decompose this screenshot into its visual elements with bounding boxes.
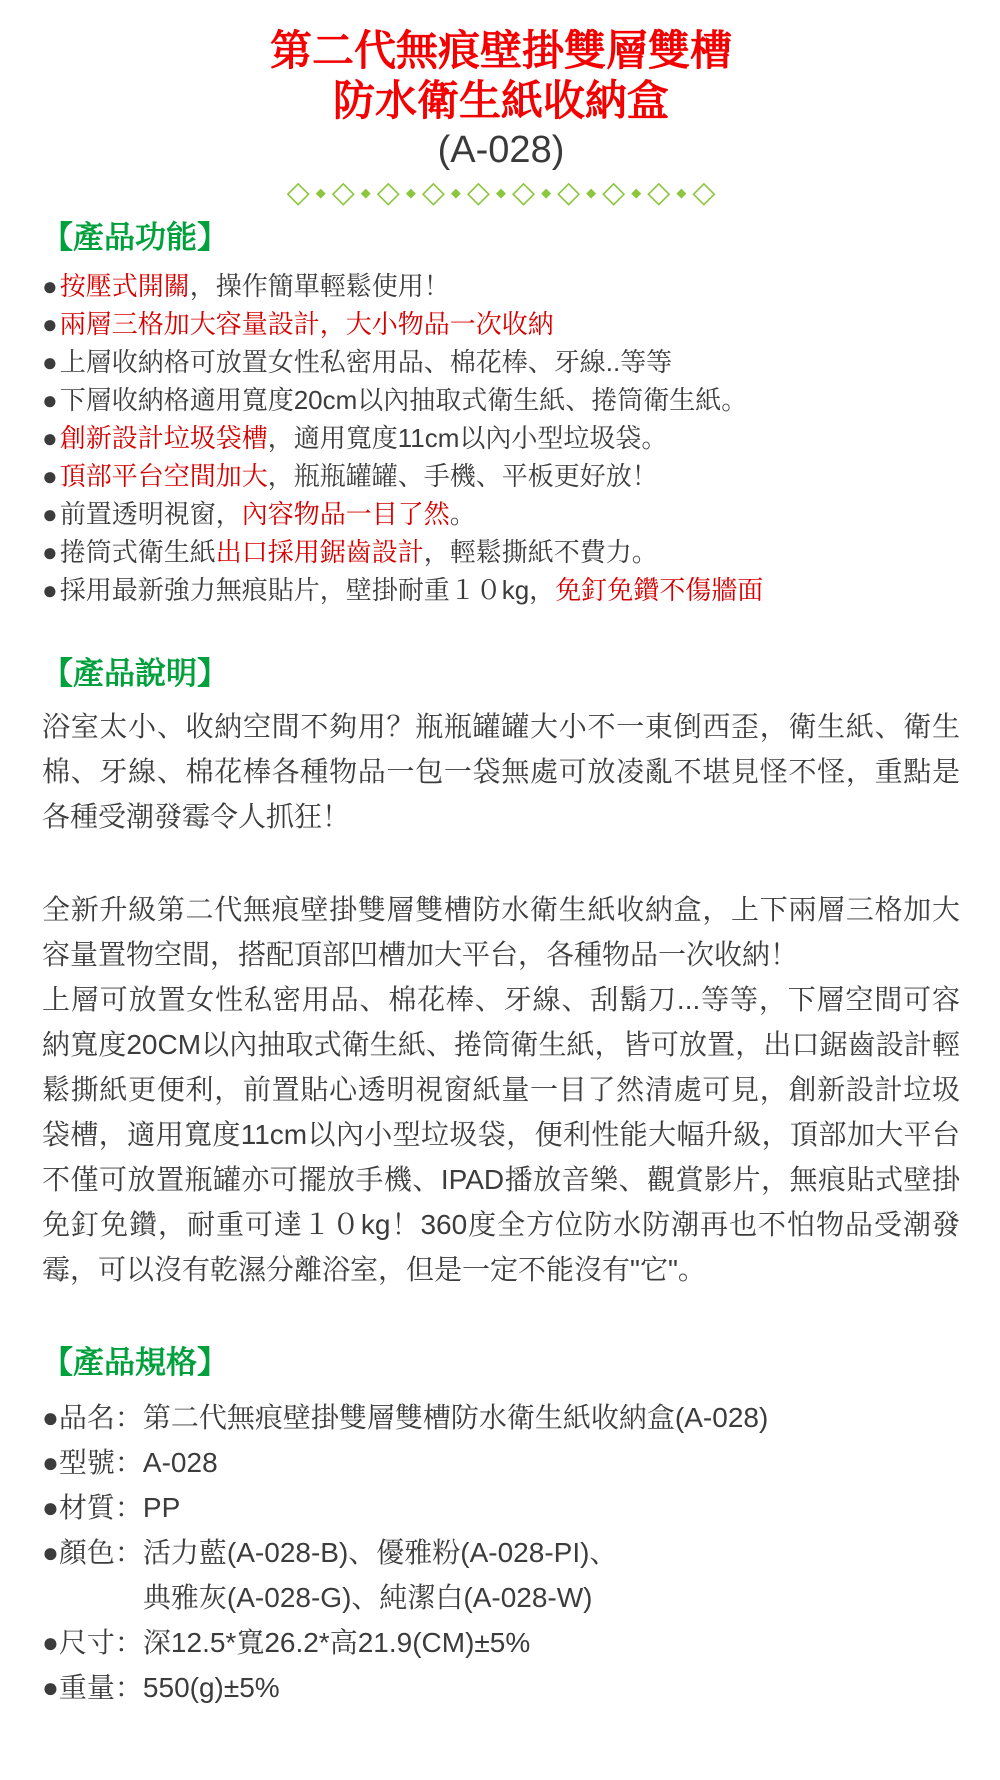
diamond-filled-icon: ◆ — [676, 185, 686, 200]
spec-value: A-028 — [143, 1440, 960, 1485]
product-description-page: 第二代無痕壁掛雙層雙槽 防水衛生紙收納盒 (A-028) ◇◆◇◆◇◆◇◆◇◆◇… — [0, 0, 1000, 1740]
diamond-divider: ◇◆◇◆◇◆◇◆◇◆◇◆◇◆◇◆◇◆◇ — [42, 176, 960, 210]
diamond-filled-icon: ◆ — [631, 185, 641, 200]
spec-value-line: 深12.5*寬26.2*高21.9(CM)±5% — [143, 1620, 960, 1665]
diamond-filled-icon: ◆ — [541, 185, 551, 200]
bullet-icon: ● — [42, 575, 58, 605]
diamond-outline-icon: ◇ — [557, 176, 580, 209]
paragraph-text: 浴室太小、收納空間不夠用？瓶瓶罐罐大小不一東倒西歪，衛生紙、衛生棉、牙線、棉花棒… — [42, 704, 960, 839]
feature-text-segment: ，操作簡單輕鬆使用！ — [190, 271, 450, 301]
spec-label: ●尺寸： — [42, 1620, 143, 1665]
diamond-filled-icon: ◆ — [316, 185, 326, 200]
section-heading-description: 【產品說明】 — [42, 655, 960, 694]
spec-row: ●品名：第二代無痕壁掛雙層雙槽防水衛生紙收納盒(A-028) — [42, 1395, 960, 1440]
feature-item: ●上層收納格可放置女性私密用品、棉花棒、牙線..等等 — [42, 343, 960, 381]
feature-text-segment: 頂部平台空間加大 — [60, 461, 268, 491]
paragraph-text: 全新升級第二代無痕壁掛雙層雙槽防水衛生紙收納盒，上下兩層三格加大容量置物空間，搭… — [42, 887, 960, 977]
spec-list: ●品名：第二代無痕壁掛雙層雙槽防水衛生紙收納盒(A-028)●型號：A-028●… — [42, 1395, 960, 1710]
diamond-filled-icon: ◆ — [451, 185, 461, 200]
spec-label: ●品名： — [42, 1395, 143, 1440]
spec-label: ●顏色： — [42, 1530, 143, 1620]
diamond-outline-icon: ◇ — [647, 176, 670, 209]
diamond-outline-icon: ◇ — [422, 176, 445, 209]
diamond-filled-icon: ◆ — [406, 185, 416, 200]
feature-item: ●採用最新強力無痕貼片，壁掛耐重１０kg，免釘免鑽不傷牆面 — [42, 571, 960, 609]
spec-value: PP — [143, 1485, 960, 1530]
spec-value: 第二代無痕壁掛雙層雙槽防水衛生紙收納盒(A-028) — [143, 1395, 960, 1440]
diamond-filled-icon: ◆ — [586, 185, 596, 200]
feature-item: ●前置透明視窗，內容物品一目了然。 — [42, 495, 960, 533]
feature-text-segment: 。 — [450, 499, 476, 529]
feature-text-segment: 上層收納格可放置女性私密用品、棉花棒、牙線..等等 — [60, 347, 672, 377]
spec-value-line: 550(g)±5% — [143, 1665, 960, 1710]
feature-item: ●創新設計垃圾袋槽，適用寬度11cm以內小型垃圾袋。 — [42, 419, 960, 457]
feature-text-segment: 出口採用鋸齒設計 — [216, 537, 424, 567]
title-line-2: 防水衛生紙收納盒 — [42, 76, 960, 126]
section-heading-features: 【產品功能】 — [42, 219, 960, 258]
diamond-filled-icon: ◆ — [496, 185, 506, 200]
feature-text-segment: 免釘免鑽不傷牆面 — [555, 575, 763, 605]
feature-text-segment: ，適用寬度11cm以內小型垃圾袋。 — [268, 423, 668, 453]
bullet-icon: ● — [42, 537, 58, 567]
feature-text-segment: 兩層三格加大容量設計，大小物品一次收納 — [60, 309, 554, 339]
spec-value-line: A-028 — [143, 1440, 960, 1485]
bullet-icon: ● — [42, 309, 58, 339]
bullet-icon: ● — [42, 271, 58, 301]
bullet-icon: ● — [42, 385, 58, 415]
spec-row: ●顏色：活力藍(A-028-B)、優雅粉(A-028-PI)、典雅灰(A-028… — [42, 1530, 960, 1620]
spec-label: ●材質： — [42, 1485, 143, 1530]
paragraph-text: 上層可放置女性私密用品、棉花棒、牙線、刮鬍刀...等等，下層空間可容納寬度20C… — [42, 977, 960, 1292]
feature-text-segment: 捲筒式衛生紙 — [60, 537, 216, 567]
feature-text-segment: ，輕鬆撕紙不費力。 — [424, 537, 658, 567]
feature-text-segment: ，瓶瓶罐罐、手機、平板更好放！ — [268, 461, 658, 491]
diamond-outline-icon: ◇ — [287, 176, 310, 209]
description-paragraph: 全新升級第二代無痕壁掛雙層雙槽防水衛生紙收納盒，上下兩層三格加大容量置物空間，搭… — [42, 887, 960, 1292]
description-paragraphs: 浴室太小、收納空間不夠用？瓶瓶罐罐大小不一東倒西歪，衛生紙、衛生棉、牙線、棉花棒… — [42, 704, 960, 1292]
feature-text-segment: 採用最新強力無痕貼片，壁掛耐重１０kg， — [60, 575, 555, 605]
spec-value-line: 活力藍(A-028-B)、優雅粉(A-028-PI)、 — [143, 1530, 960, 1575]
bullet-icon: ● — [42, 499, 58, 529]
diamond-outline-icon: ◇ — [332, 176, 355, 209]
feature-text-segment: 創新設計垃圾袋槽 — [60, 423, 268, 453]
spec-row: ●重量：550(g)±5% — [42, 1665, 960, 1710]
feature-text-segment: 內容物品一目了然 — [242, 499, 450, 529]
feature-list: ●按壓式開關，操作簡單輕鬆使用！●兩層三格加大容量設計，大小物品一次收納●上層收… — [42, 267, 960, 609]
spec-row: ●尺寸：深12.5*寬26.2*高21.9(CM)±5% — [42, 1620, 960, 1665]
description-paragraph: 浴室太小、收納空間不夠用？瓶瓶罐罐大小不一東倒西歪，衛生紙、衛生棉、牙線、棉花棒… — [42, 704, 960, 839]
feature-item: ●下層收納格適用寬度20cm以內抽取式衛生紙、捲筒衛生紙。 — [42, 381, 960, 419]
spec-row: ●材質：PP — [42, 1485, 960, 1530]
bullet-icon: ● — [42, 347, 58, 377]
feature-item: ●按壓式開關，操作簡單輕鬆使用！ — [42, 267, 960, 305]
feature-item: ●頂部平台空間加大，瓶瓶罐罐、手機、平板更好放！ — [42, 457, 960, 495]
model-number: (A-028) — [42, 129, 960, 173]
page-title: 第二代無痕壁掛雙層雙槽 防水衛生紙收納盒 — [42, 26, 960, 127]
feature-text-segment: 前置透明視窗， — [60, 499, 242, 529]
section-heading-specs: 【產品規格】 — [42, 1344, 960, 1383]
feature-text-segment: 按壓式開關 — [60, 271, 190, 301]
diamond-outline-icon: ◇ — [602, 176, 625, 209]
diamond-outline-icon: ◇ — [377, 176, 400, 209]
feature-item: ●捲筒式衛生紙出口採用鋸齒設計，輕鬆撕紙不費力。 — [42, 533, 960, 571]
spec-row: ●型號：A-028 — [42, 1440, 960, 1485]
spec-value-line: 第二代無痕壁掛雙層雙槽防水衛生紙收納盒(A-028) — [143, 1395, 960, 1440]
feature-item: ●兩層三格加大容量設計，大小物品一次收納 — [42, 305, 960, 343]
spec-value: 活力藍(A-028-B)、優雅粉(A-028-PI)、典雅灰(A-028-G)、… — [143, 1530, 960, 1620]
spec-value-line: PP — [143, 1485, 960, 1530]
spec-label: ●型號： — [42, 1440, 143, 1485]
diamond-outline-icon: ◇ — [692, 176, 715, 209]
feature-text-segment: 下層收納格適用寬度20cm以內抽取式衛生紙、捲筒衛生紙。 — [60, 385, 748, 415]
spec-value-line: 典雅灰(A-028-G)、純潔白(A-028-W) — [143, 1575, 960, 1620]
spec-label: ●重量： — [42, 1665, 143, 1710]
title-line-1: 第二代無痕壁掛雙層雙槽 — [42, 26, 960, 76]
diamond-outline-icon: ◇ — [467, 176, 490, 209]
spec-value: 550(g)±5% — [143, 1665, 960, 1710]
diamond-outline-icon: ◇ — [512, 176, 535, 209]
diamond-filled-icon: ◆ — [361, 185, 371, 200]
spec-value: 深12.5*寬26.2*高21.9(CM)±5% — [143, 1620, 960, 1665]
bullet-icon: ● — [42, 423, 58, 453]
bullet-icon: ● — [42, 461, 58, 491]
